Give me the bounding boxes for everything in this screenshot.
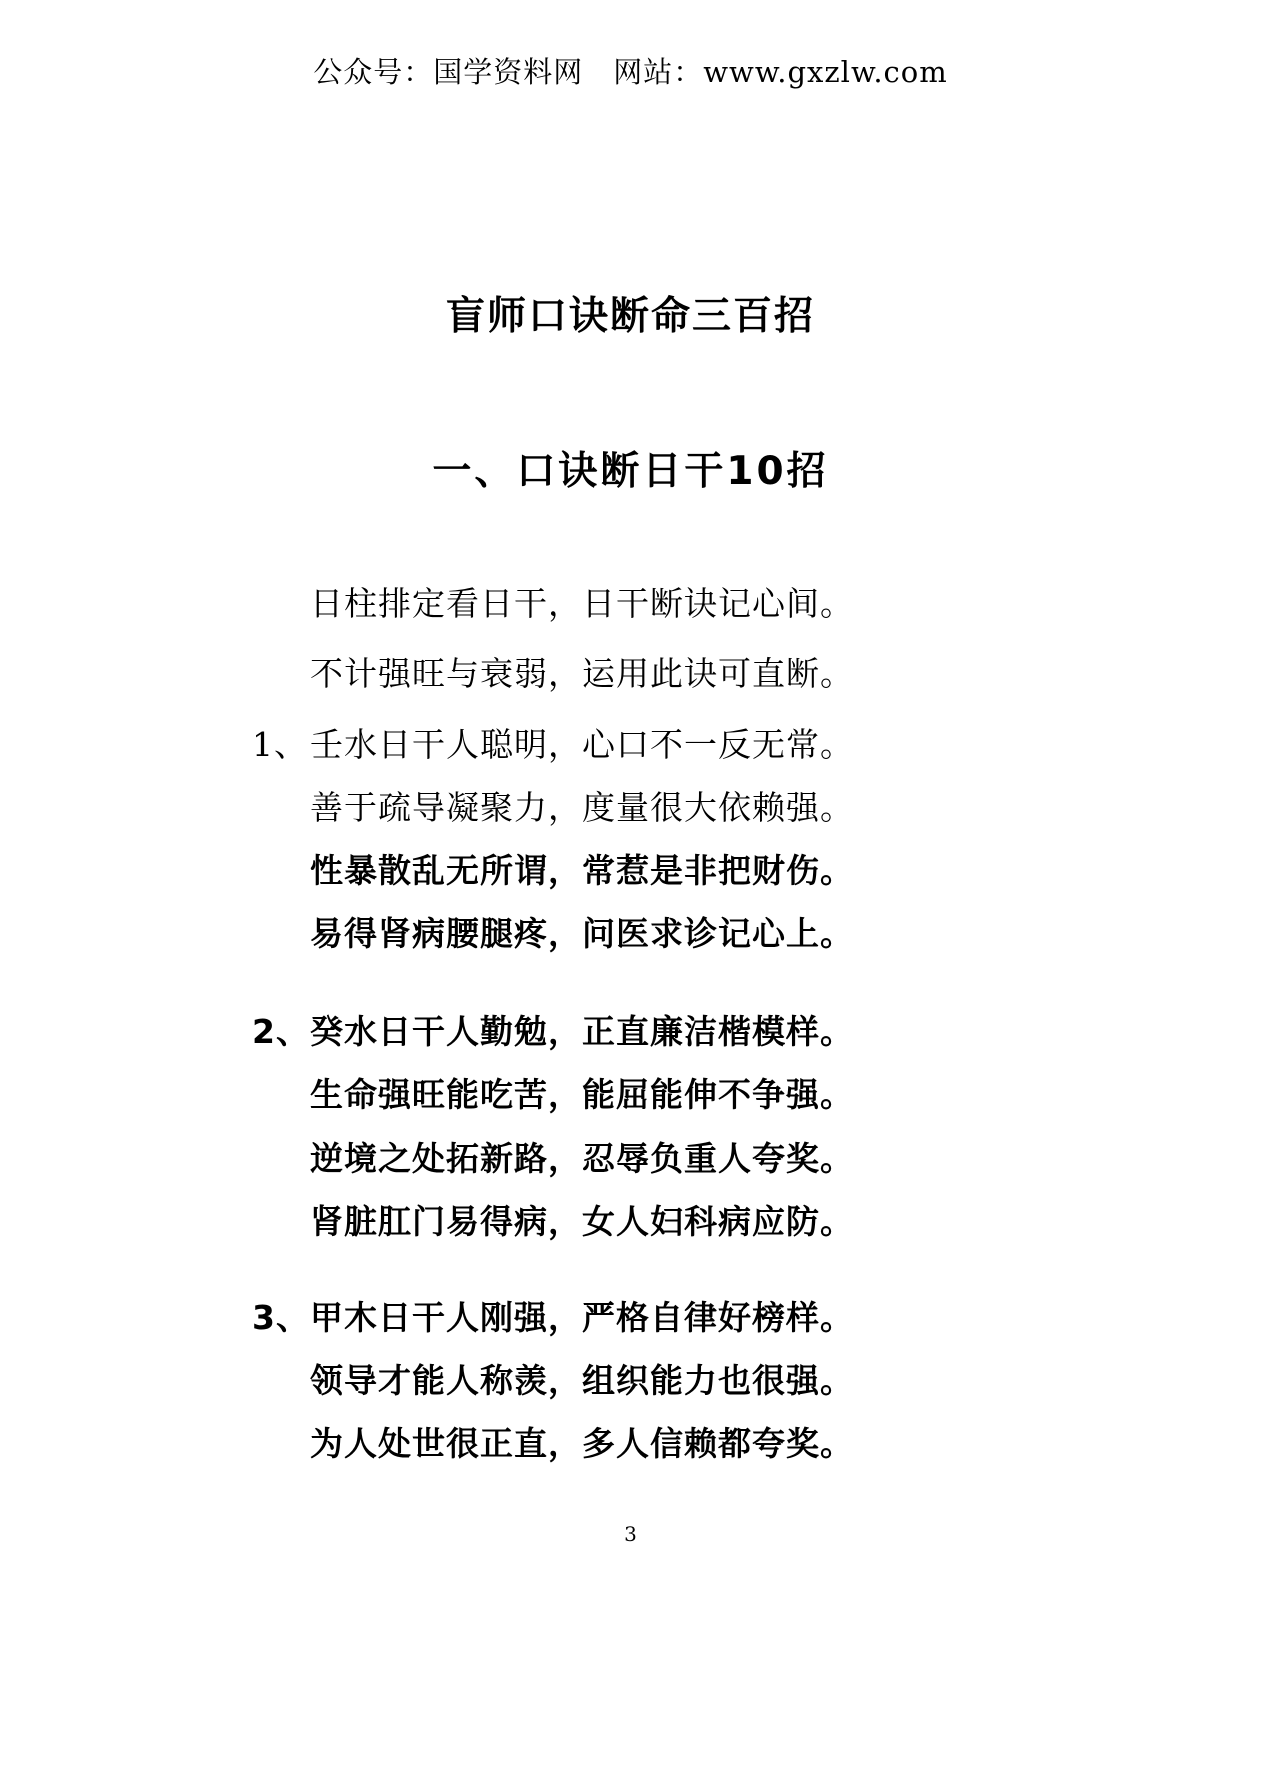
section-title: 一、口诀断日干10招 — [0, 440, 1261, 496]
page-number: 3 — [0, 1522, 1261, 1546]
verse-line: 领导才能人称羡，组织能力也很强。 — [310, 1355, 854, 1402]
verse-line: 善于疏导凝聚力，度量很大依赖强。 — [310, 782, 854, 829]
verse-line: 1、 壬水日干人聪明，心口不一反无常。 — [310, 719, 854, 766]
verse-number: 2、 — [252, 1006, 310, 1053]
verse-line: 生命强旺能吃苦，能屈能伸不争强。 — [310, 1069, 854, 1116]
verse-number: 3、 — [252, 1292, 310, 1339]
page-header: 公众号：国学资料网 网站：www.gxzlw.com — [0, 50, 1261, 91]
verse-line: 为人处世很正直，多人信赖都夸奖。 — [310, 1418, 854, 1465]
verse-line: 3、 甲木日干人刚强，严格自律好榜样。 — [310, 1292, 854, 1339]
verse-line: 性暴散乱无所谓，常惹是非把财伤。 — [310, 845, 854, 892]
verse-text: 壬水日干人聪明，心口不一反无常。 — [310, 725, 854, 764]
verse-line: 逆境之处拓新路，忍辱负重人夸奖。 — [310, 1133, 854, 1180]
verse-number: 1、 — [252, 719, 308, 766]
verse-line: 肾脏肛门易得病，女人妇科病应防。 — [310, 1196, 854, 1243]
verse-line: 易得肾病腰腿疼，问医求诊记心上。 — [310, 908, 854, 955]
intro-line: 不计强旺与衰弱，运用此诀可直断。 — [310, 648, 854, 695]
verse-line: 2、 癸水日干人勤勉，正直廉洁楷模样。 — [310, 1006, 854, 1053]
document-title: 盲师口诀断命三百招 — [0, 285, 1261, 341]
intro-line: 日柱排定看日干，日干断诀记心间。 — [310, 578, 854, 625]
verse-text: 甲木日干人刚强，严格自律好榜样。 — [310, 1298, 854, 1337]
verse-text: 癸水日干人勤勉，正直廉洁楷模样。 — [310, 1012, 854, 1051]
